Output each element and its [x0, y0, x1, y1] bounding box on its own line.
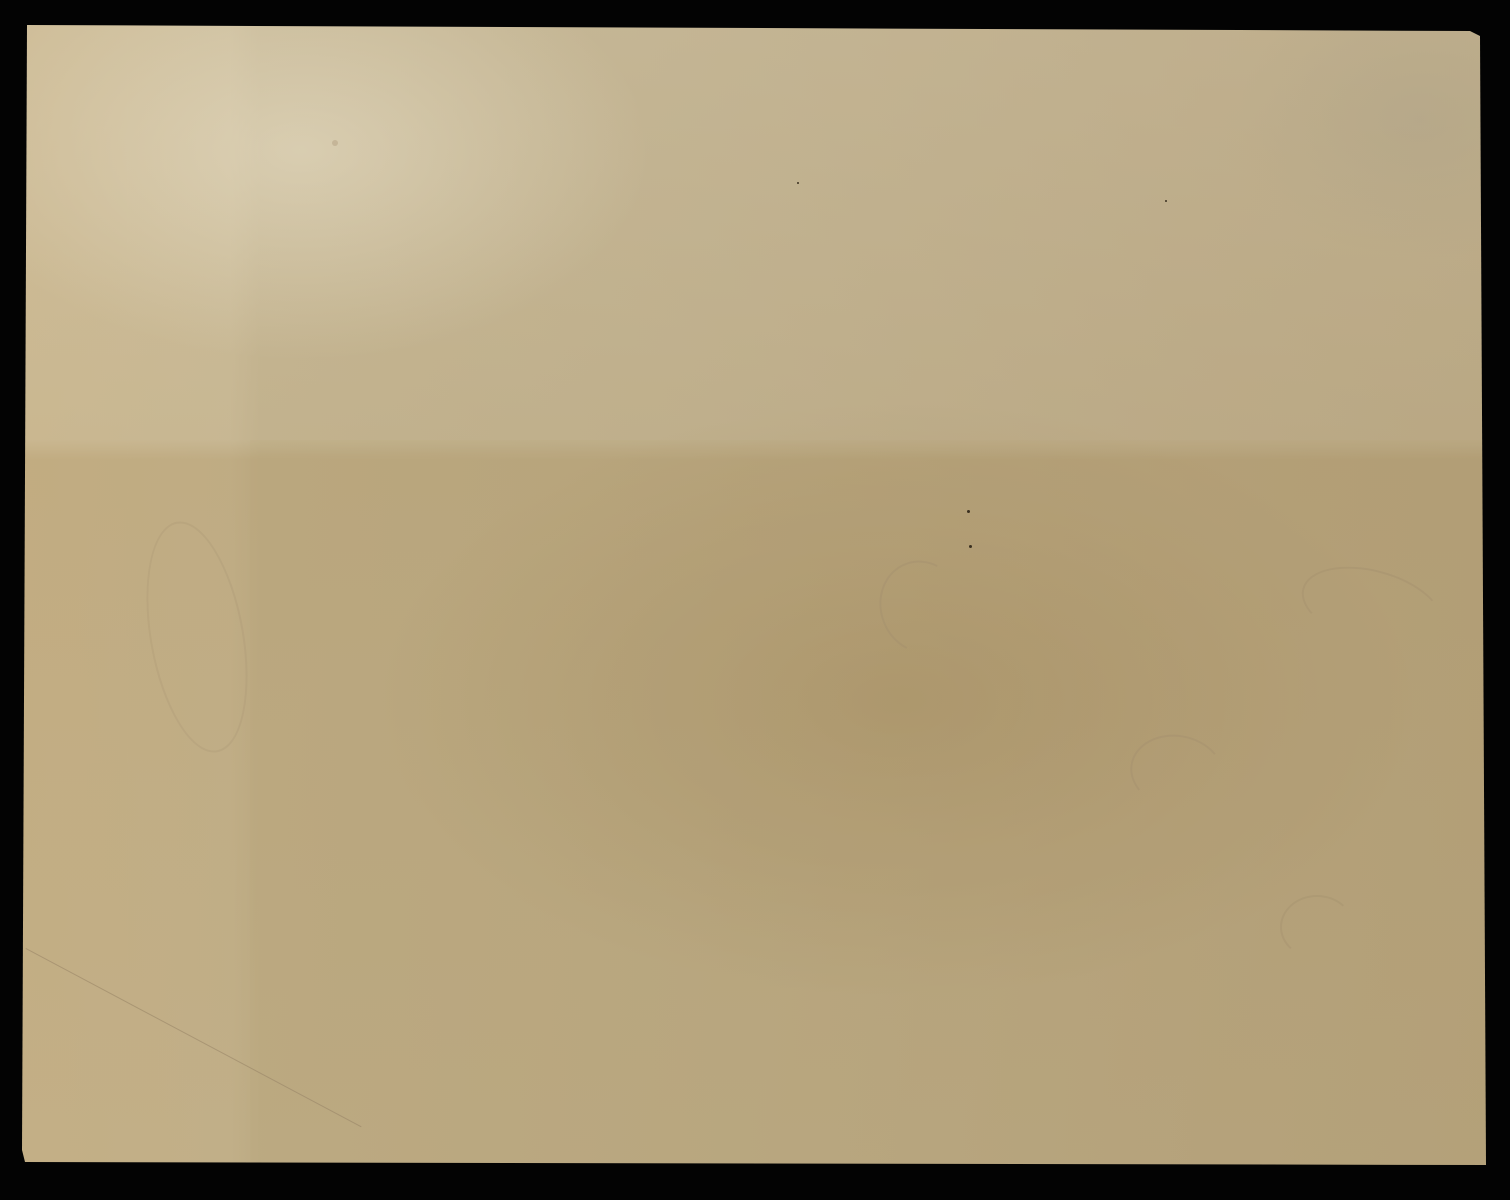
speck	[967, 510, 970, 513]
scan-background	[0, 0, 1510, 1200]
speck	[1165, 200, 1167, 202]
speck	[797, 182, 799, 184]
stain-mark	[1280, 895, 1354, 959]
speck	[969, 545, 972, 548]
discoloration-region	[250, 440, 1486, 1160]
blank-paper-sheet	[0, 0, 1510, 1200]
stain-mark	[130, 514, 263, 761]
speck	[332, 140, 338, 146]
